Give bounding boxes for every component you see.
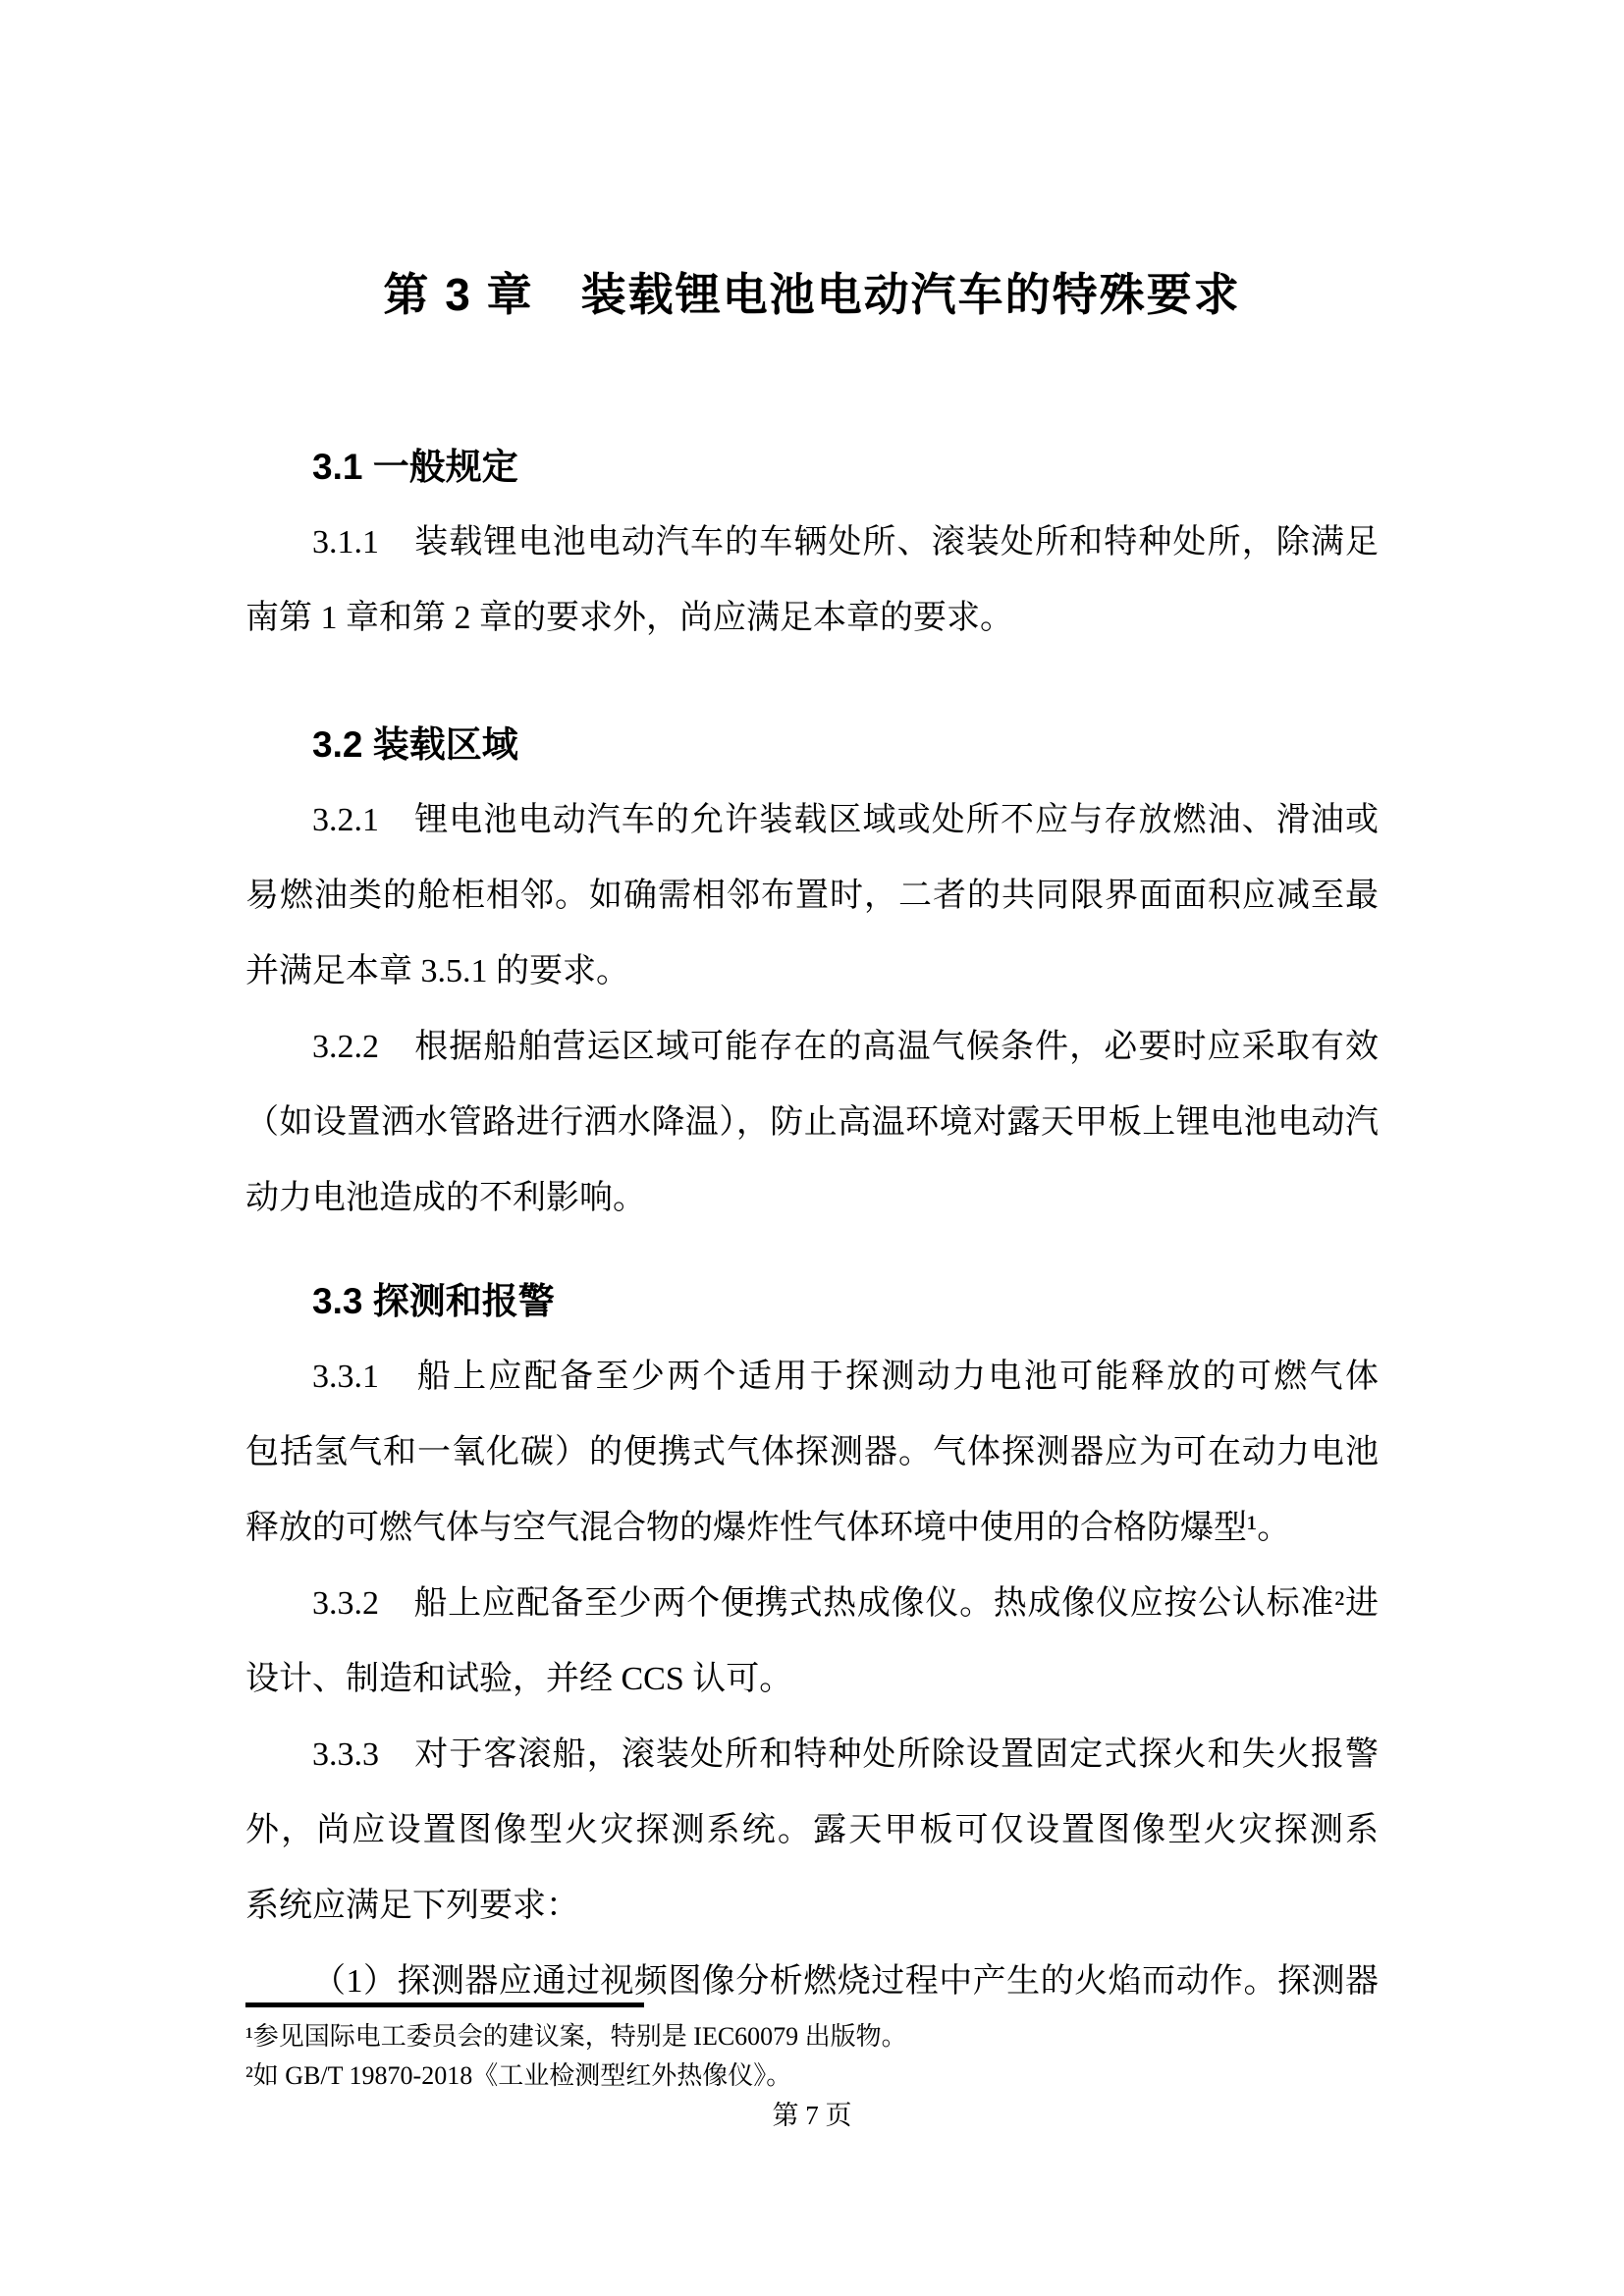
text-line: 易燃油类的舱柜相邻。如确需相邻布置时，二者的共同限界面面积应减至最小，	[245, 858, 1379, 934]
footnote-separator	[245, 2002, 644, 2007]
footnote-area: ¹参见国际电工委员会的建议案，特别是 IEC60079 出版物。 ²如 GB/T…	[245, 2002, 1379, 2133]
paragraph-3-3-1: 3.3.1 船上应配备至少两个适用于探测动力电池可能释放的可燃气体（至少 包括氢…	[245, 1339, 1379, 1566]
section-3-1: 3.1 一般规定 3.1.1 装载锂电池电动汽车的车辆处所、滚装处所和特种处所，…	[245, 429, 1379, 656]
text-line: 3.3.3 对于客滚船，滚装处所和特种处所除设置固定式探火和失火报警系统	[245, 1717, 1379, 1792]
text-line: 设计、制造和试验，并经 CCS 认可。	[245, 1641, 1379, 1717]
text-line: （如设置洒水管路进行洒水降温），防止高温环境对露天甲板上锂电池电动汽车	[245, 1085, 1379, 1160]
text-line: 3.2.1 锂电池电动汽车的允许装载区域或处所不应与存放燃油、滑油或其他	[245, 782, 1379, 858]
text-line: 外，尚应设置图像型火灾探测系统。露天甲板可仅设置图像型火灾探测系统。该	[245, 1792, 1379, 1868]
footnote-1: ¹参见国际电工委员会的建议案，特别是 IEC60079 出版物。	[245, 2017, 1379, 2056]
chapter-title: 第 3 章 装载锂电池电动汽车的特殊要求	[245, 257, 1379, 333]
paragraph-3-3-3: 3.3.3 对于客滚船，滚装处所和特种处所除设置固定式探火和失火报警系统 外，尚…	[245, 1717, 1379, 1944]
section-3-3: 3.3 探测和报警 3.3.1 船上应配备至少两个适用于探测动力电池可能释放的可…	[245, 1263, 1379, 2019]
text-line: 3.3.2 船上应配备至少两个便携式热成像仪。热成像仪应按公认标准²进行	[245, 1566, 1379, 1641]
text-line: 动力电池造成的不利影响。	[245, 1160, 1379, 1236]
text-line: 3.2.2 根据船舶营运区域可能存在的高温气候条件，必要时应采取有效措施	[245, 1009, 1379, 1085]
text-line: 系统应满足下列要求：	[245, 1868, 1379, 1944]
section-3-2: 3.2 装载区域 3.2.1 锂电池电动汽车的允许装载区域或处所不应与存放燃油、…	[245, 707, 1379, 1236]
paragraph-3-3-2: 3.3.2 船上应配备至少两个便携式热成像仪。热成像仪应按公认标准²进行 设计、…	[245, 1566, 1379, 1717]
paragraph-3-2-1: 3.2.1 锂电池电动汽车的允许装载区域或处所不应与存放燃油、滑油或其他 易燃油…	[245, 782, 1379, 1009]
paragraph-3-2-2: 3.2.2 根据船舶营运区域可能存在的高温气候条件，必要时应采取有效措施 （如设…	[245, 1009, 1379, 1236]
text-line: 3.3.1 船上应配备至少两个适用于探测动力电池可能释放的可燃气体（至少	[245, 1339, 1379, 1415]
text-line: 并满足本章 3.5.1 的要求。	[245, 934, 1379, 1009]
text-line: 释放的可燃气体与空气混合物的爆炸性气体环境中使用的合格防爆型¹。	[245, 1490, 1379, 1566]
section-heading-3-1: 3.1 一般规定	[245, 429, 1379, 505]
text-line: 南第 1 章和第 2 章的要求外，尚应满足本章的要求。	[245, 580, 1379, 656]
text-line: 3.1.1 装载锂电池电动汽车的车辆处所、滚装处所和特种处所，除满足本指	[245, 505, 1379, 580]
document-page: 第 3 章 装载锂电池电动汽车的特殊要求 3.1 一般规定 3.1.1 装载锂电…	[0, 0, 1624, 2296]
section-heading-3-2: 3.2 装载区域	[245, 707, 1379, 782]
paragraph-3-1-1: 3.1.1 装载锂电池电动汽车的车辆处所、滚装处所和特种处所，除满足本指 南第 …	[245, 505, 1379, 656]
page-number: 第 7 页	[245, 2098, 1379, 2133]
footnote-2: ²如 GB/T 19870-2018《工业检测型红外热像仪》。	[245, 2056, 1379, 2096]
text-line: 包括氢气和一氧化碳）的便携式气体探测器。气体探测器应为可在动力电池可能	[245, 1415, 1379, 1490]
section-heading-3-3: 3.3 探测和报警	[245, 1263, 1379, 1339]
